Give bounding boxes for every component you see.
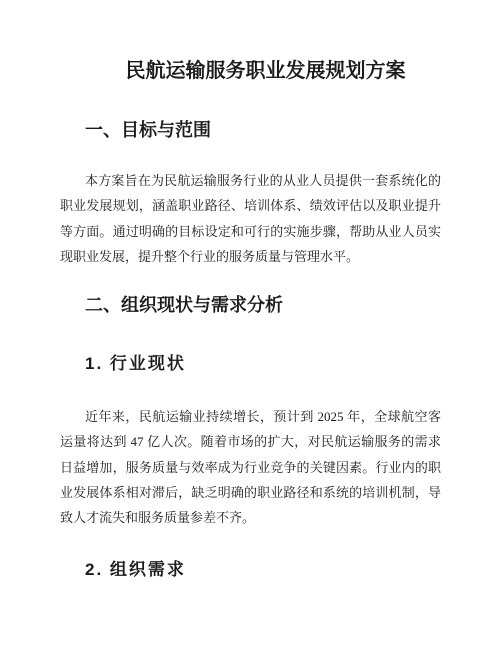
section-heading-status-needs-analysis: 二、组织现状与需求分析 [85,293,441,318]
paragraph-line: 本方案旨在为民航运输服务行业的从业人员提供一套系统化的 [60,168,441,193]
document-page: 民航运输服务职业发展规划方案 一、目标与范围 本方案旨在为民航运输服务行业的从业… [0,0,500,647]
paragraph-line: 致人才流失和服务质量参差不齐。 [60,505,441,530]
paragraph-line: 业发展体系相对滞后，缺乏明确的职业路径和系统的培训机制，导 [60,480,441,505]
paragraph-industry-status: 近年来，民航运输业持续增长，预计到 2025 年，全球航空客 运量将达到 47 … [60,404,441,530]
paragraph-line: 职业发展规划，涵盖职业路径、培训体系、绩效评估以及职业提升 [60,193,441,218]
paragraph-line: 运量将达到 47 亿人次。随着市场的扩大，对民航运输服务的需求 [60,429,441,454]
paragraph-line: 现职业发展，提升整个行业的服务质量与管理水平。 [60,244,441,269]
document-title: 民航运输服务职业发展规划方案 [90,58,441,84]
paragraph-goals-scope: 本方案旨在为民航运输服务行业的从业人员提供一套系统化的 职业发展规划，涵盖职业路… [60,168,441,269]
subsection-heading-industry-status: 1. 行业现状 [85,351,441,376]
paragraph-line: 近年来，民航运输业持续增长，预计到 2025 年，全球航空客 [60,404,441,429]
paragraph-line: 等方面。通过明确的目标设定和可行的实施步骤，帮助从业人员实 [60,219,441,244]
section-heading-goals-scope: 一、目标与范围 [85,118,441,143]
paragraph-line: 日益增加，服务质量与效率成为行业竞争的关键因素。行业内的职 [60,455,441,480]
subsection-heading-organization-needs: 2. 组织需求 [85,557,441,582]
